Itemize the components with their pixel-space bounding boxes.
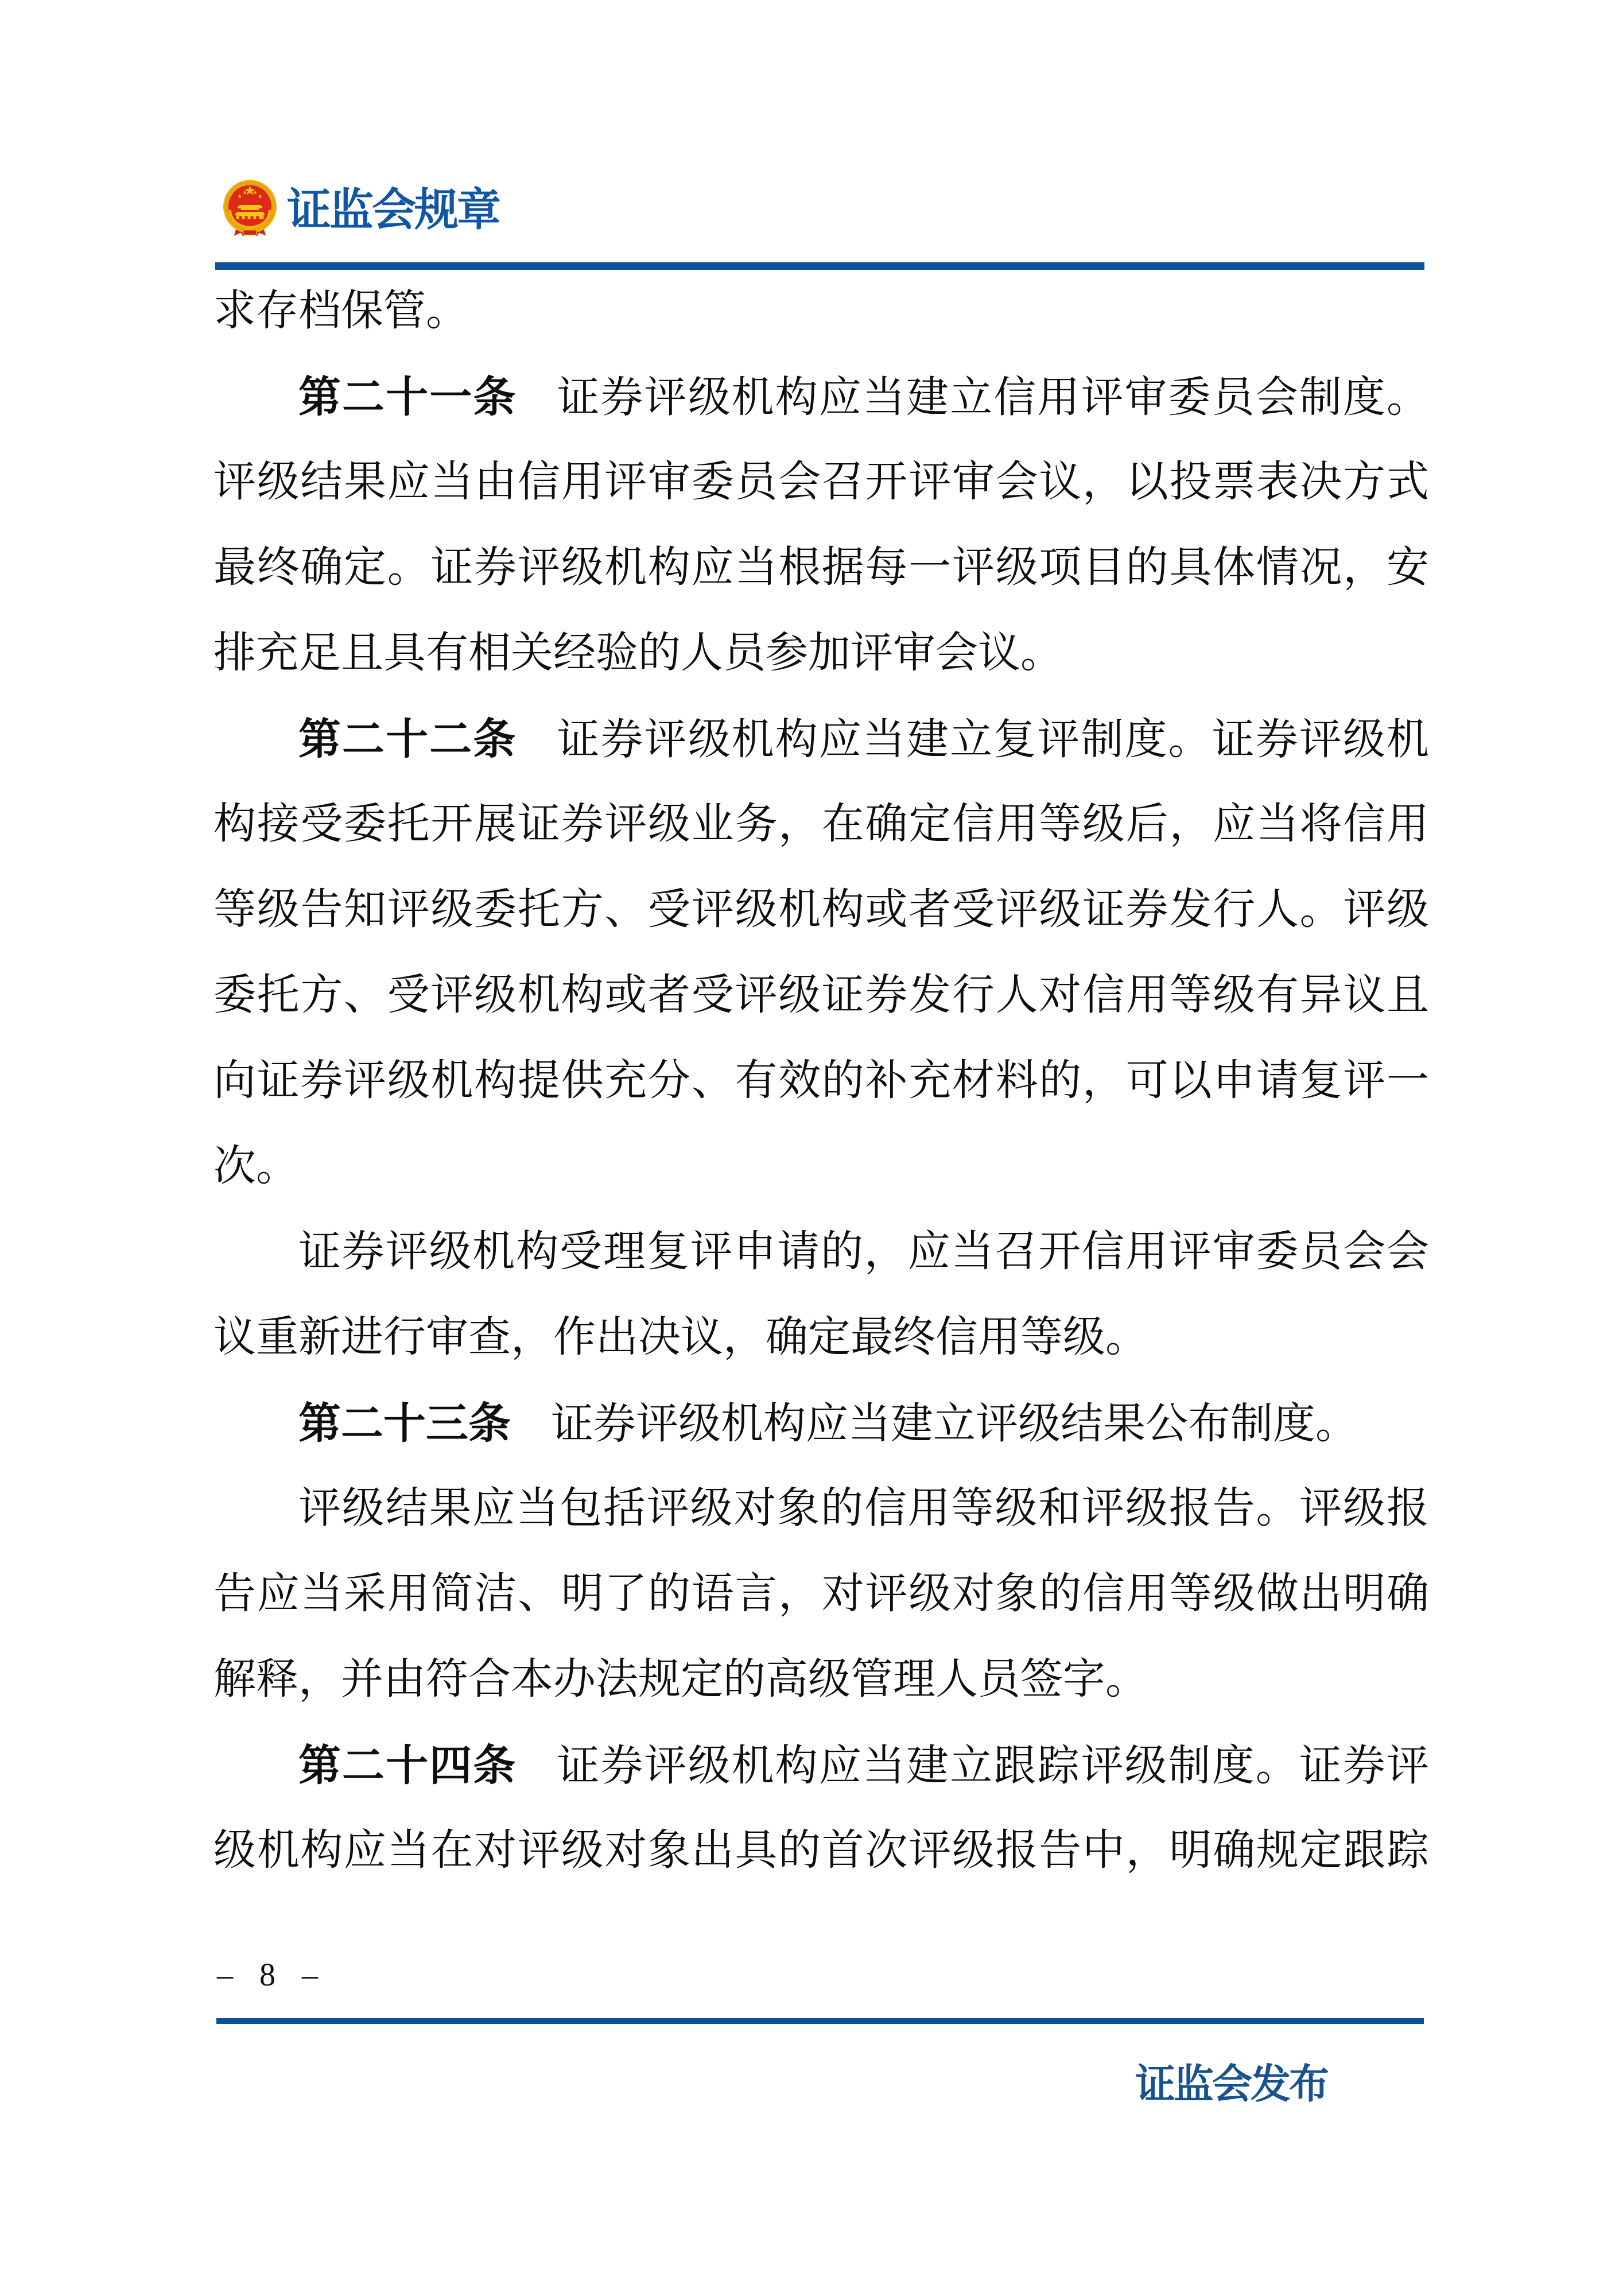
body-line: 评级结果应当包括评级对象的信用等级和评级报告。评级报 (213, 1466, 1429, 1552)
article-number: 第二十二条 (298, 715, 517, 763)
body-line: 排充足且具有相关经验的人员参加评审会议。 (213, 611, 1429, 696)
body-line: 议重新进行审查，作出决议，确定最终信用等级。 (213, 1295, 1429, 1380)
body-line-text: 构接受委托开展证券评级业务，在确定信用等级后，应当将信用 (213, 801, 1429, 848)
body-line-text: 级机构应当在对评级对象出具的首次评级报告中，明确规定跟踪 (213, 1827, 1429, 1874)
body-line: 第二十四条证券评级机构应当建立跟踪评级制度。证券评 (213, 1723, 1429, 1808)
body-line: 第二十二条证券评级机构应当建立复评制度。证券评级机 (213, 696, 1429, 782)
article-number: 第二十三条 (298, 1399, 511, 1447)
body-line-text: 评级结果应当由信用评审委员会召开评审会议，以投票表决方式 (213, 459, 1429, 506)
document-body: 求存档保管。 第二十一条证券评级机构应当建立信用评审委员会制度。 评级结果应当由… (213, 269, 1429, 1894)
body-line-text: 证券评级机构应当建立信用评审委员会制度。 (557, 374, 1429, 421)
body-line-text: 向证券评级机构提供充分、有效的补充材料的，可以申请复评一 (213, 1057, 1429, 1104)
body-line: 级机构应当在对评级对象出具的首次评级报告中，明确规定跟踪 (213, 1808, 1429, 1894)
body-line: 构接受委托开展证券评级业务，在确定信用等级后，应当将信用 (213, 782, 1429, 867)
body-line: 最终确定。证券评级机构应当根据每一评级项目的具体情况，安 (213, 525, 1429, 611)
article-number: 第二十一条 (298, 373, 517, 421)
article-number: 第二十四条 (298, 1742, 517, 1789)
body-line-text: 等级告知评级委托方、受评级机构或者受评级证券发行人。评级 (213, 886, 1429, 933)
footer-divider (216, 2018, 1424, 2024)
body-line-text: 议重新进行审查，作出决议，确定最终信用等级。 (213, 1314, 1148, 1361)
header-title: 证监会规章 (287, 188, 499, 232)
body-line: 向证券评级机构提供充分、有效的补充材料的，可以申请复评一 (213, 1038, 1429, 1124)
body-line-text: 最终确定。证券评级机构应当根据每一评级项目的具体情况，安 (213, 544, 1429, 591)
body-line: 次。 (213, 1124, 1429, 1209)
body-line: 第二十一条证券评级机构应当建立信用评审委员会制度。 (213, 354, 1429, 440)
publisher-label: 证监会发布 (1135, 2065, 1327, 2105)
body-line-text: 求存档保管。 (213, 288, 468, 335)
body-line: 等级告知评级委托方、受评级机构或者受评级证券发行人。评级 (213, 867, 1429, 953)
national-emblem-icon (222, 179, 278, 238)
body-line-text: 解释，并由符合本办法规定的高级管理人员签字。 (213, 1656, 1148, 1703)
body-line: 委托方、受评级机构或者受评级证券发行人对信用等级有异议且 (213, 953, 1429, 1038)
body-line-text: 告应当采用简洁、明了的语言，对评级对象的信用等级做出明确 (213, 1570, 1429, 1618)
body-line-text: 证券评级机构应当建立评级结果公布制度。 (551, 1401, 1358, 1448)
body-line-text: 证券评级机构应当建立复评制度。证券评级机 (557, 716, 1429, 763)
body-line-text: 证券评级机构应当建立跟踪评级制度。证券评 (557, 1743, 1429, 1790)
body-line: 证券评级机构受理复评申请的，应当召开信用评审委员会会 (213, 1209, 1429, 1295)
body-line: 告应当采用简洁、明了的语言，对评级对象的信用等级做出明确 (213, 1552, 1429, 1637)
body-line-text: 评级结果应当包括评级对象的信用等级和评级报告。评级报 (298, 1485, 1429, 1532)
body-line: 第二十三条证券评级机构应当建立评级结果公布制度。 (213, 1380, 1429, 1466)
document-page: 证监会规章 求存档保管。 第二十一条证券评级机构应当建立信用评审委员会制度。 评… (0, 0, 1623, 2296)
body-line: 解释，并由符合本办法规定的高级管理人员签字。 (213, 1637, 1429, 1723)
body-line-text: 次。 (213, 1143, 298, 1190)
body-line-text: 证券评级机构受理复评申请的，应当召开信用评审委员会会 (298, 1228, 1429, 1275)
page-number: – 8 – (217, 1955, 321, 1995)
body-line-text: 委托方、受评级机构或者受评级证券发行人对信用等级有异议且 (213, 972, 1429, 1019)
body-line-text: 排充足且具有相关经验的人员参加评审会议。 (213, 630, 1063, 677)
body-line: 求存档保管。 (213, 269, 1429, 354)
body-line: 评级结果应当由信用评审委员会召开评审会议，以投票表决方式 (213, 440, 1429, 525)
